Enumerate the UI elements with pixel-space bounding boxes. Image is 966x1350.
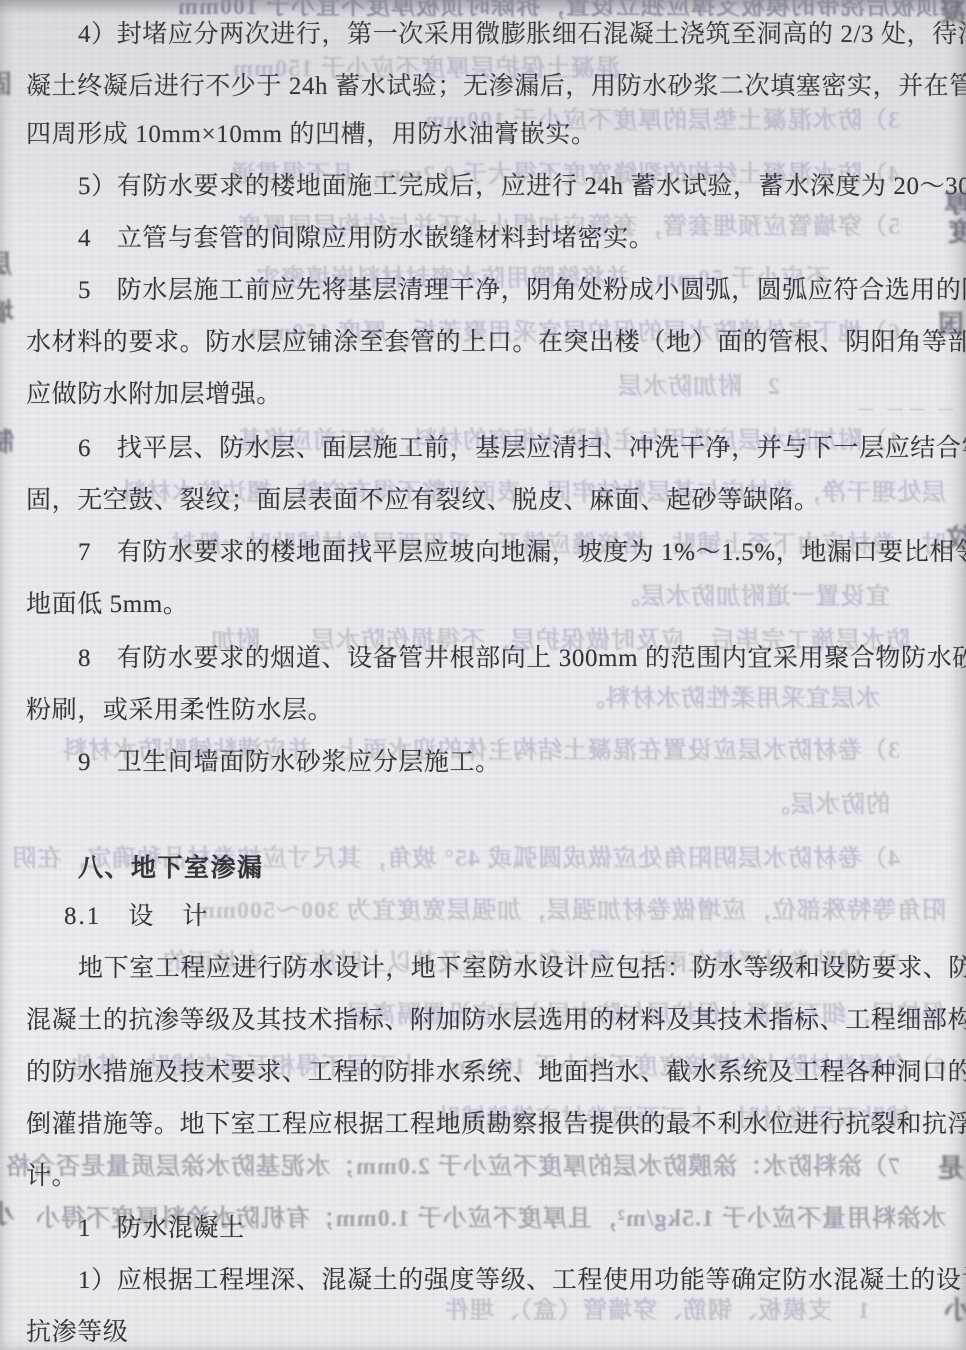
doc-line: 5 防水层施工前应先将基层清理干净，阴角处粉成小圆弧，圆弧应符合选用的防 <box>78 270 966 306</box>
doc-line: 1）应根据工程埋深、混凝土的强度等级、工程使用功能等确定防水混凝土的设计 <box>78 1260 966 1296</box>
edge-fragment: 小 <box>0 1194 14 1231</box>
doc-line: 5）有防水要求的楼地面施工完成后，应进行 24h 蓄水试验，蓄水深度为 20～3… <box>78 166 966 202</box>
scanned-document-page: 顶板后浇带的模板支撑应独立设置，拆除时顶板厚度不宜小于 100mm 混凝土保护层… <box>0 0 966 1350</box>
edge-fragment: 是 <box>938 1148 964 1185</box>
edge-fragment: 国 <box>938 304 964 341</box>
doc-line: 混凝土的抗渗等级及其技术指标、附加防水层选用的材料及其技术指标、工程细部构造 <box>26 1000 966 1036</box>
edge-fragment: 制 <box>0 422 14 459</box>
doc-line: 地下室工程应进行防水设计，地下室防水设计应包括：防水等级和设防要求、防水 <box>78 948 966 984</box>
edge-fragment: 纹 <box>946 518 966 555</box>
doc-line: 固，无空鼓、裂纹；面层表面不应有裂纹、脱皮、麻面、起砂等缺陷。 <box>26 480 820 516</box>
doc-line: 6 找平层、防水层、面层施工前，基层应清扫、冲洗干净，并与下一层应结合牢 <box>78 428 966 464</box>
subsection-heading: 8.1 设 计 <box>64 896 209 932</box>
doc-line: 水材料的要求。防水层应铺涂至套管的上口。在突出楼（地）面的管根、阴阳角等部位， <box>26 322 966 358</box>
doc-line: 的防水措施及技术要求、工程的防排水系统、地面挡水、截水系统及工程各种洞口的防 <box>26 1052 966 1088</box>
doc-line: 抗渗等级 <box>26 1312 128 1348</box>
doc-line: 7 有防水要求的楼地面找平层应坡向地漏，坡度为 1%～1.5%，地漏口要比相邻楼 <box>78 532 966 568</box>
bleedthrough-line: 7）涂料防水：涂膜防水层的厚度不应小于 2.0mm；水泥基防水涂层质量是否合格 <box>16 1146 950 1181</box>
list-item-heading: 1 防水混凝土 <box>78 1208 245 1244</box>
edge-fragment: 墙 <box>0 292 14 329</box>
doc-line: 倒灌措施等。地下室工程应根据工程地质勘察报告提供的最不利水位进行抗裂和抗浮设 <box>26 1104 966 1140</box>
edge-fragment: 固 <box>0 64 12 101</box>
doc-line: 计。 <box>26 1156 77 1192</box>
scan-dash-artifact: － －－ － <box>856 394 958 423</box>
doc-line: 8 有防水要求的烟道、设备管井根部向上 300mm 的范围内宜采用聚合物防水砂浆 <box>78 638 966 674</box>
edge-fragment: 度 <box>948 212 966 249</box>
doc-line: 4）封堵应分两次进行，第一次采用微膨胀细石混凝土浇筑至洞高的 2/3 处，待混 <box>78 14 966 50</box>
edge-fragment: 凝 <box>940 0 966 29</box>
section-heading: 八、地下室渗漏 <box>78 848 264 884</box>
edge-fragment: 层 <box>0 244 12 281</box>
doc-line: 9 卫生间墙面防水砂浆应分层施工。 <box>78 742 501 778</box>
edge-fragment: 小 <box>944 1290 966 1327</box>
doc-line: 地面低 5mm。 <box>26 584 188 620</box>
doc-line: 粉刷，或采用柔性防水层。 <box>26 690 333 726</box>
doc-line: 应做防水附加层增强。 <box>26 374 282 410</box>
doc-line: 四周形成 10mm×10mm 的凹槽，用防水油膏嵌实。 <box>26 114 597 150</box>
doc-line: 凝土终凝后进行不少于 24h 蓄水试验；无渗漏后，用防水砂浆二次填塞密实，并在管… <box>26 66 966 102</box>
bleedthrough-line: 的防水层。 <box>16 784 950 819</box>
doc-line: 4 立管与套管的间隙应用防水嵌缝材料封堵密实。 <box>78 218 654 254</box>
